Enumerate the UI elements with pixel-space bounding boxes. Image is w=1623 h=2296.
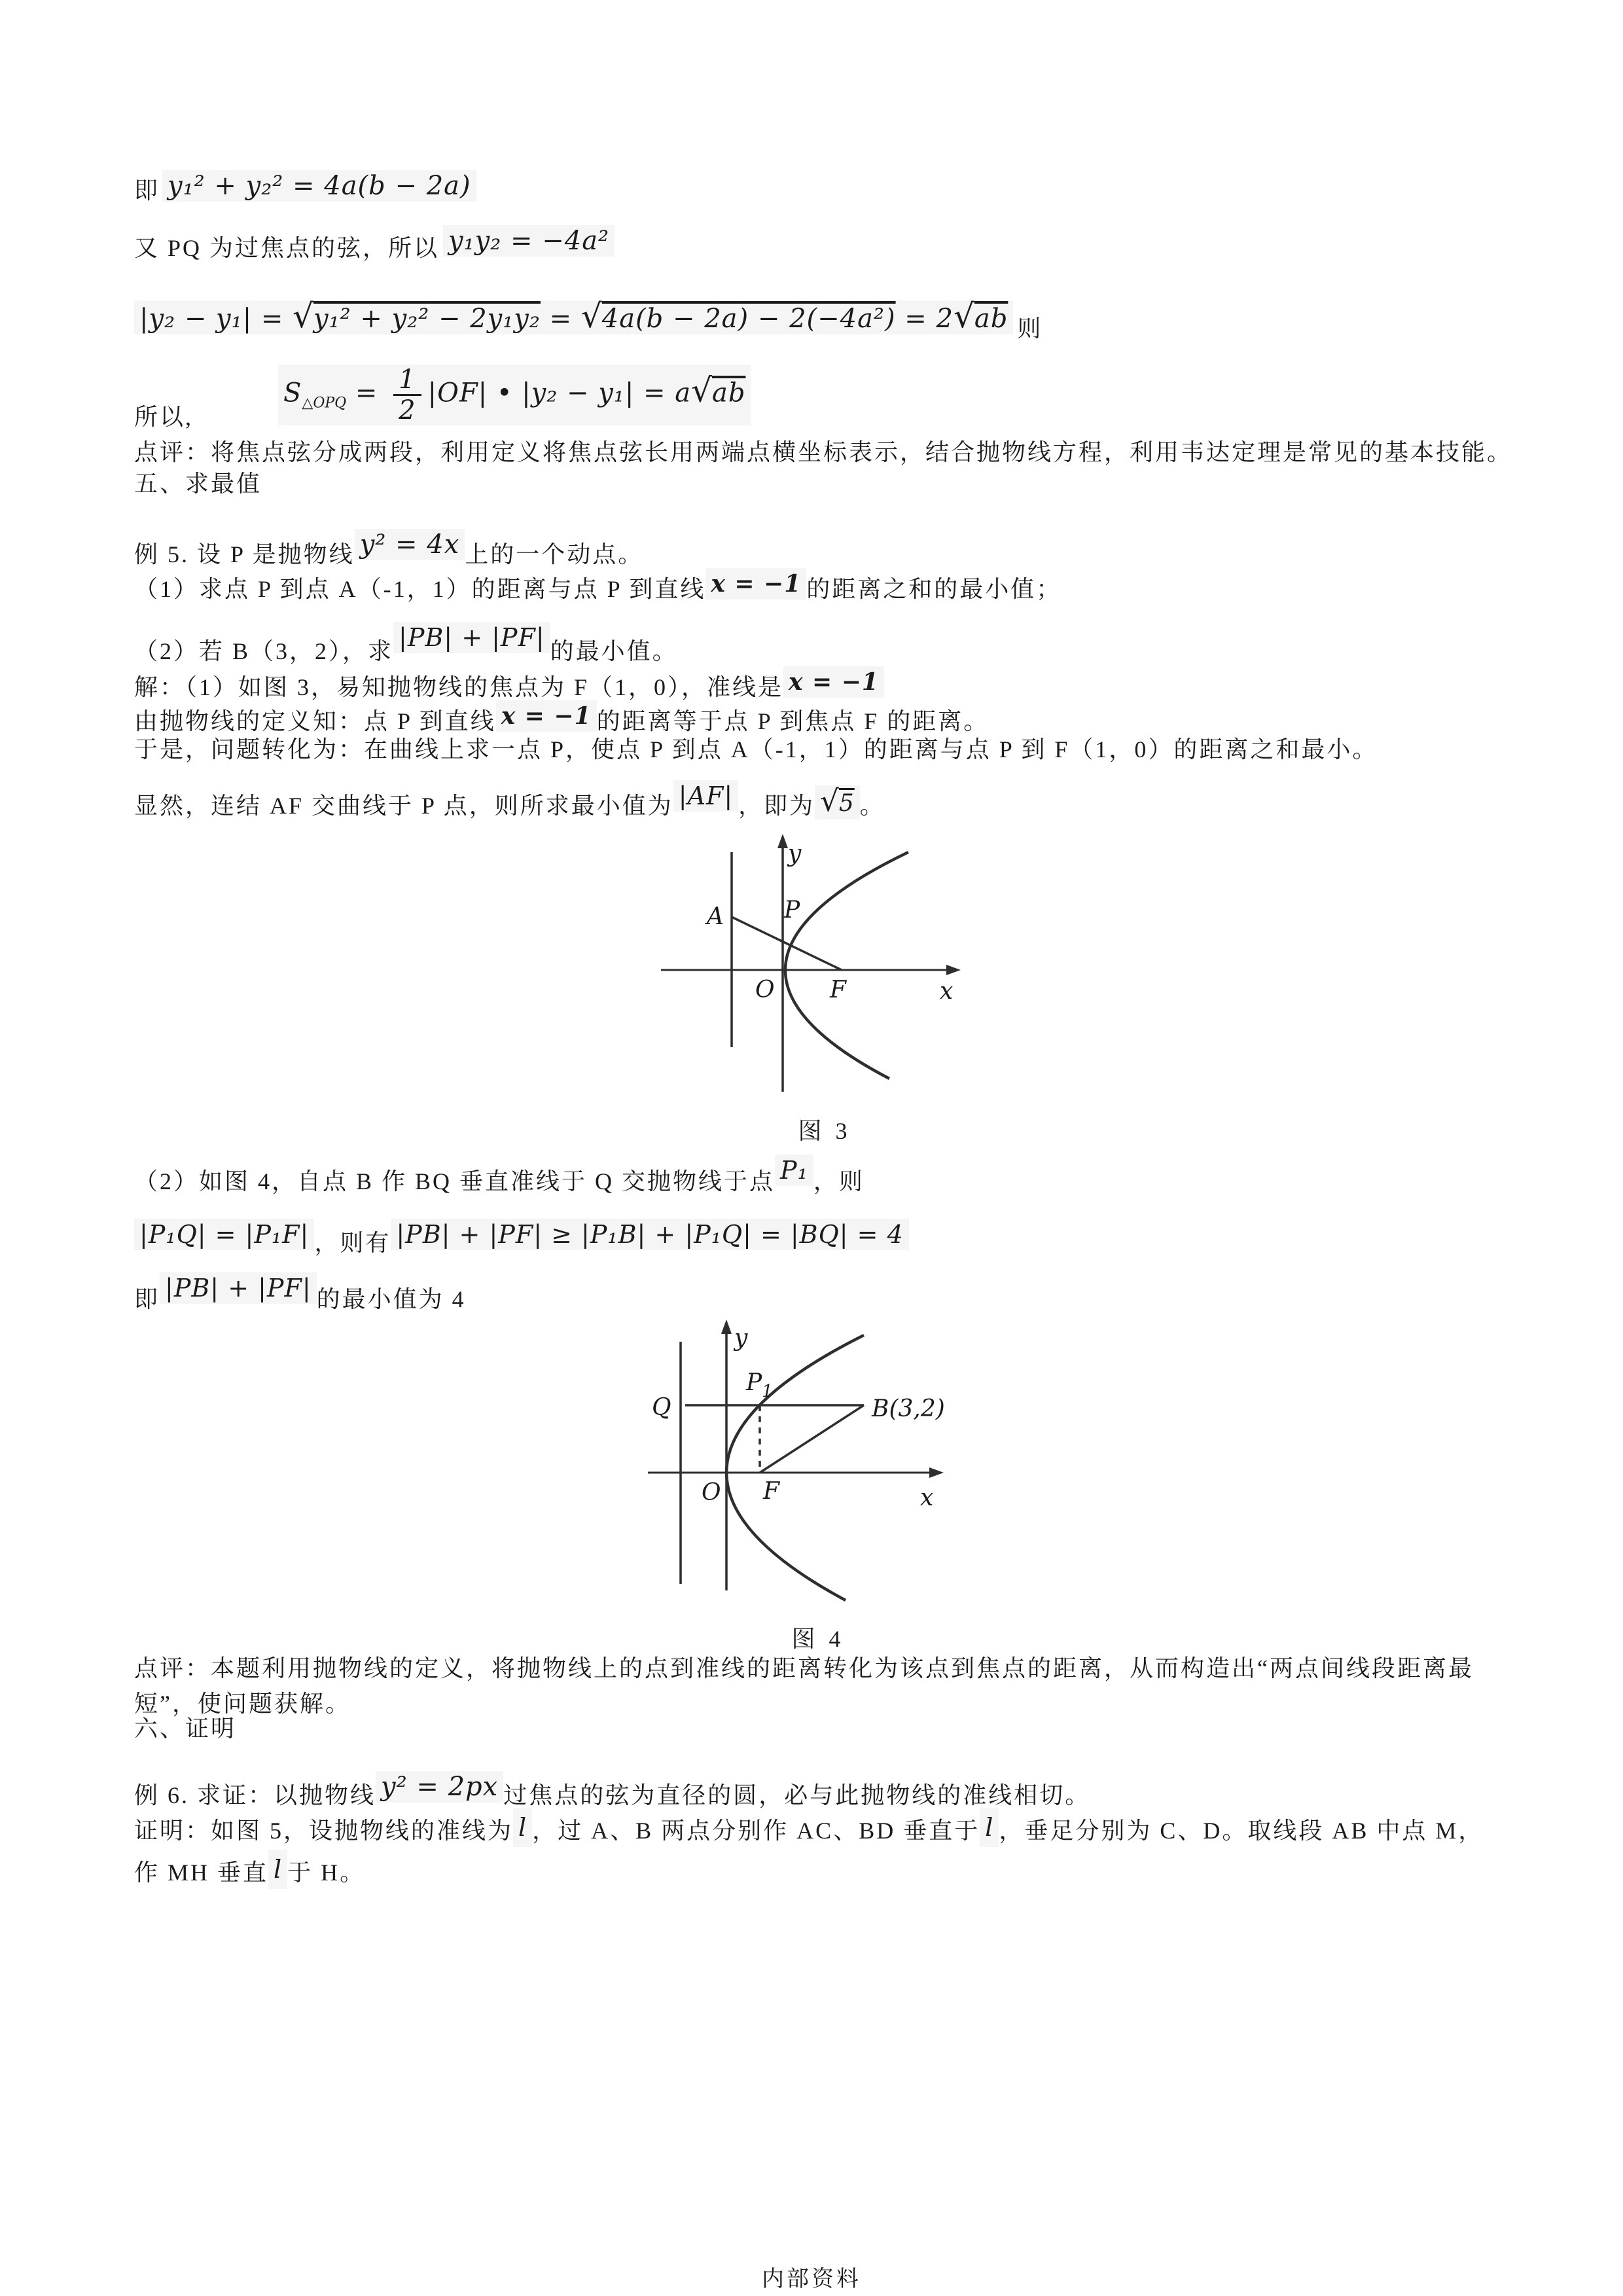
paragraph-comment-ex4: 点评：将焦点弦分成两段，利用定义将焦点弦长用两端点横坐标表示，结合抛物线方程，利…	[134, 437, 1505, 467]
formula-y1sq-plus-y2sq: y₁² + y₂² = 4a(b − 2a)	[162, 170, 476, 202]
formula-y2-minus-y1: |y₂ − y₁| = √y₁² + y₂² − 2y₁y₂ = √4a(b −…	[134, 300, 1013, 334]
formula-sqrt5: √5	[815, 785, 860, 819]
line3-text: 则	[1017, 314, 1043, 344]
fig4-label-focus-F: F	[762, 1478, 781, 1505]
radical-icon: √	[954, 297, 974, 335]
paragraph-min-value: 显然，连结 AF 交曲线于 P 点，则所求最小值为|AF|，即为√5。	[134, 780, 1505, 821]
paragraph-example6: 例 6. 求证：以抛物线y² = 2px过焦点的弦为直径的圆，必与此抛物线的准线…	[134, 1771, 1505, 1810]
formula-line-1: 即y₁² + y₂² = 4a(b − 2a)	[134, 156, 1505, 206]
page-footer: 内部资料	[0, 2261, 1623, 2293]
formula-directrix-l: l	[513, 1808, 532, 1847]
fig4-label-point-Q: Q	[652, 1394, 671, 1421]
formula-line-3: 则 |y₂ − y₁| = √y₁² + y₂² − 2y₁y₂ = √4a(b…	[134, 281, 1505, 344]
fig4-x-axis-arrow-icon	[929, 1467, 944, 1478]
formula-af: |AF|	[673, 780, 738, 812]
formula-p1: P₁	[775, 1155, 813, 1186]
paragraph-transform: 于是，问题转化为：在曲线上求一点 P，使点 P 到点 A（-1，1）的距离与点 …	[134, 734, 1505, 764]
section-heading-6: 六、证明	[134, 1713, 1505, 1744]
formula-directrix-l: l	[268, 1850, 287, 1889]
figure-3-diagram: y x A P O F	[622, 831, 1027, 1113]
formula-x-eq-neg1: x = −1	[783, 666, 884, 698]
paragraph-inequality: |P₁Q| = |P₁F|，则有|PB| + |PF| ≥ |P₁B| + |P…	[134, 1219, 1505, 1258]
line2-text: 又 PQ 为过焦点的弦，所以	[134, 233, 439, 263]
fig4-label-point-B: B(3,2)	[871, 1395, 945, 1422]
fig3-label-point-A: A	[705, 903, 724, 930]
figure-4-diagram: y x Q P1 B(3,2) O F	[589, 1309, 1047, 1617]
fig4-label-y-axis: y	[733, 1325, 748, 1352]
paragraph-proof: 证明：如图 5，设抛物线的准线为l，过 A、B 两点分别作 AC、BD 垂直于l…	[134, 1808, 1505, 1892]
formula-y2-2px: y² = 2px	[376, 1771, 503, 1803]
formula-y1y2: y₁y₂ = −4a²	[443, 225, 615, 257]
line1-text: 即	[134, 175, 160, 206]
fig3-label-origin-O: O	[755, 977, 775, 1003]
fig3-label-focus-F: F	[829, 977, 847, 1003]
paragraph-example5: 例 5. 设 P 是抛物线y² = 4x上的一个动点。	[134, 529, 1505, 569]
paragraph-part2: （2）如图 4，自点 B 作 BQ 垂直准线于 Q 交抛物线于点P₁，则	[134, 1155, 1505, 1196]
fig3-x-axis-arrow-icon	[946, 965, 961, 975]
figure-4-caption: 图 4	[589, 1621, 1047, 1654]
section-heading-5: 五、求最值	[134, 469, 1505, 499]
paragraph-comment-ex5: 点评：本题利用抛物线的定义，将抛物线上的点到准线的距离转化为该点到焦点的距离，从…	[134, 1651, 1505, 1721]
fig3-parabola-curve	[785, 852, 908, 1079]
figure-3-caption: 图 3	[622, 1113, 1027, 1146]
fig4-label-point-P1: P1	[745, 1369, 773, 1401]
radical-icon: √	[691, 372, 712, 410]
formula-line-2: 又 PQ 为过焦点的弦，所以y₁y₂ = −4a²	[134, 216, 1505, 263]
formula-pb-plus-pf: |PB| + |PF|	[393, 622, 550, 653]
document-page: 即y₁² + y₂² = 4a(b − 2a) 又 PQ 为过焦点的弦，所以y₁…	[0, 0, 1623, 2296]
formula-area-opq: S△OPQ = 12|OF| • |y₂ − y₁| = a√ab	[278, 365, 751, 425]
fig4-y-axis-arrow-icon	[721, 1319, 732, 1334]
fig3-label-point-P: P	[783, 897, 800, 924]
formula-x-eq-neg1: x = −1	[496, 700, 597, 732]
paragraph-solution-1: 解：（1）如图 3，易知抛物线的焦点为 F（1，0），准线是x = −1	[134, 666, 1505, 702]
formula-pb-plus-pf: |PB| + |PF|	[160, 1272, 317, 1304]
formula-line-4: 所以, S△OPQ = 12|OF| • |y₂ − y₁| = a√ab	[134, 347, 1505, 432]
formula-p1q-eq-p1f: |P₁Q| = |P₁F|	[134, 1219, 314, 1250]
radical-icon: √	[293, 297, 313, 335]
fig3-label-x-axis: x	[940, 978, 953, 1005]
paragraph-question-1: （1）求点 P 到点 A（-1，1）的距离与点 P 到直线x = −1的距离之和…	[134, 568, 1505, 604]
fig4-line-FB	[760, 1405, 864, 1473]
formula-directrix-l: l	[980, 1808, 999, 1847]
formula-y2-4x: y² = 4x	[355, 529, 465, 560]
fig3-label-y-axis: y	[787, 840, 802, 867]
paragraph-question-2: （2）若 B（3，2），求|PB| + |PF|的最小值。	[134, 622, 1505, 666]
fig4-label-origin-O: O	[702, 1479, 721, 1506]
paragraph-min-is-4: 即|PB| + |PF|的最小值为 4	[134, 1272, 1505, 1314]
fig3-y-axis-arrow-icon	[777, 834, 788, 848]
formula-pb-pf-inequality: |PB| + |PF| ≥ |P₁B| + |P₁Q| = |BQ| = 4	[391, 1219, 908, 1250]
paragraph-definition: 由抛物线的定义知：点 P 到直线x = −1的距离等于点 P 到焦点 F 的距离…	[134, 700, 1505, 736]
line4-text: 所以,	[134, 402, 193, 432]
radical-icon: √	[820, 783, 839, 818]
fig4-label-x-axis: x	[920, 1484, 933, 1511]
radical-icon: √	[581, 297, 602, 335]
fraction-one-half: 12	[393, 365, 421, 425]
formula-x-eq-neg1: x = −1	[705, 568, 806, 600]
